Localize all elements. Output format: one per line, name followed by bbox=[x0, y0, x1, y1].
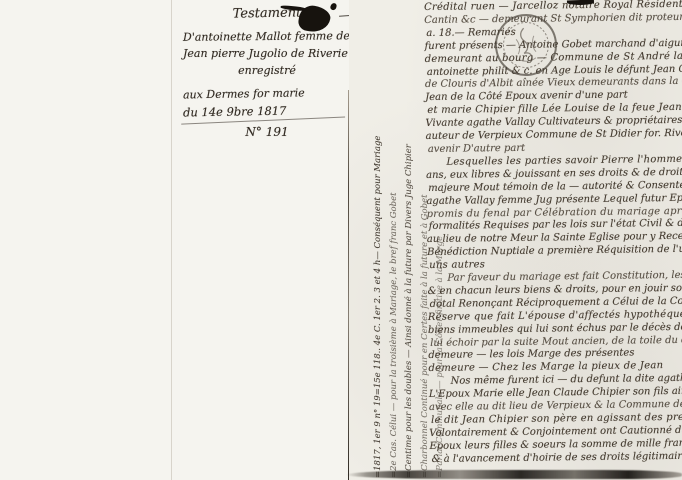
margin-note-line: =Centime pour les doubles — Ainsi donné … bbox=[402, 86, 418, 478]
scanned-document: Testament D'antoinette Mallot femme de J… bbox=[0, 0, 682, 480]
cover-line-husband: Jean pierre Jugolio de Riverie bbox=[183, 47, 351, 60]
registration-stamp-icon bbox=[489, 8, 564, 83]
cover-line-terms: aux Dermes for marie bbox=[183, 86, 351, 102]
margin-note-line: =1817, 1er 9 n° 19=15e 118.. 4e C. 1er 2… bbox=[371, 86, 387, 478]
margin-note-line: =Charbonnel Continué pour en Certes fait… bbox=[418, 86, 434, 478]
cover-line-registered: enregistré bbox=[183, 64, 351, 77]
cover-line-date: du 14e 9bre 1817 bbox=[183, 103, 351, 120]
margin-note-line: =2e Cas. Célui — pour la troisième à Mar… bbox=[387, 86, 403, 478]
left-page-edge bbox=[171, 0, 172, 480]
scan-edge-shadow bbox=[346, 470, 682, 479]
marginal-registration-note: =1817, 1er 9 n° 19=15e 118.. 4e C. 1er 2… bbox=[371, 86, 453, 478]
margin-note-line: =Parial Communale — pour la Côtier finit… bbox=[433, 86, 449, 478]
cover-line-number: N° 191 bbox=[183, 125, 351, 139]
cover-line-testatrix: D'antoinette Mallot femme de bbox=[183, 29, 351, 43]
